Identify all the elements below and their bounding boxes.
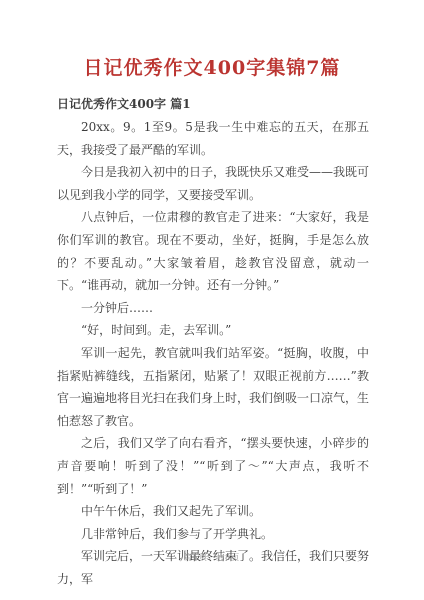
page-number: 第1页 bbox=[184, 553, 208, 562]
paragraph: “好，时间到。走，去军训。” bbox=[57, 319, 369, 342]
paragraph: 今日是我初入初中的日子，我既快乐又难受——我既可以见到我小学的同学，又要接受军训… bbox=[57, 161, 369, 206]
document-title: 日记优秀作文400字集锦7篇 bbox=[0, 0, 424, 80]
document-page: 日记优秀作文400字集锦7篇 日记优秀作文400字 篇1 20xx。9。1至9。… bbox=[0, 0, 424, 600]
paragraph: 几非常钟后，我们参与了开学典礼。 bbox=[57, 523, 369, 546]
document-body: 20xx。9。1至9。5是我一生中难忘的五天，在那五天，我接受了最严酷的军训。 … bbox=[57, 116, 369, 590]
page-total: 共8页 bbox=[216, 553, 240, 562]
paragraph: 八点钟后，一位肃穆的教官走了进来：“大家好，我是你们军训的教官。现在不要动，坐好… bbox=[57, 206, 369, 296]
paragraph: 一分钟后…… bbox=[57, 297, 369, 320]
section-heading: 日记优秀作文400字 篇1 bbox=[57, 97, 367, 112]
paragraph: 之后，我们又学了向右看齐，“摆头要快速，小碎步的声音要响！听到了没！”“听到了～… bbox=[57, 432, 369, 500]
page-footer: 第1页共8页 bbox=[0, 553, 424, 563]
paragraph: 中午午休后，我们又起先了军训。 bbox=[57, 500, 369, 523]
paragraph: 20xx。9。1至9。5是我一生中难忘的五天，在那五天，我接受了最严酷的军训。 bbox=[57, 116, 369, 161]
paragraph: 军训一起先，教官就叫我们站军姿。“挺胸，收腹，中指紧贴裤缝线，五指紧闭，贴紧了！… bbox=[57, 342, 369, 432]
